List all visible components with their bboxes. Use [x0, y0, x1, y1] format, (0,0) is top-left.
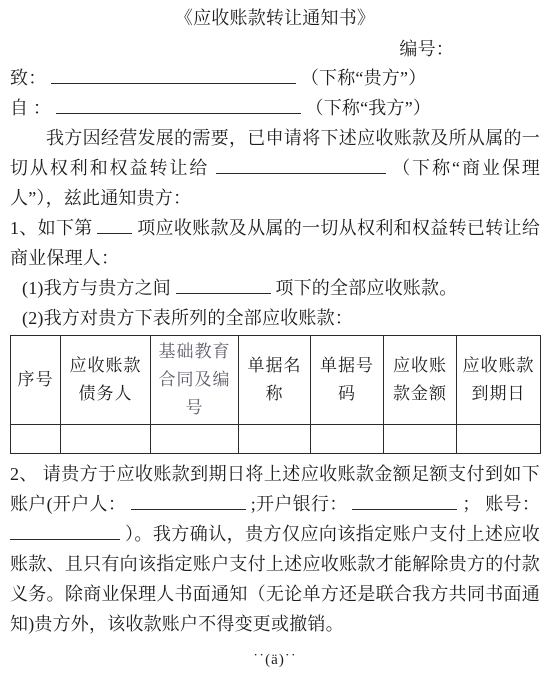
from-suffix: （下称“我方”） — [306, 98, 432, 118]
item2-text-3: ； 账号： — [462, 494, 540, 514]
header-cell-contract: 基础教育合同及编号 — [151, 336, 239, 425]
header-cell-amount: 应收账款金额 — [384, 336, 457, 425]
empty-cell — [457, 425, 541, 454]
account-holder-blank-line — [131, 493, 246, 510]
item1-sub2: (2)我方对贵方下表所列的全部应收账款： — [10, 303, 540, 333]
figure-caption: ˙˙(ä)˙˙ — [10, 651, 540, 669]
item1-sub1: (1)我方与贵方之间 项下的全部应收账款。 — [10, 273, 540, 303]
item2-text-2: ;开户银行： — [251, 494, 348, 514]
item-number-blank-line — [97, 217, 132, 234]
header-cell-seq: 序号 — [11, 336, 61, 425]
header-cell-due-date: 应收账款到期日 — [457, 336, 541, 425]
empty-cell — [239, 425, 311, 454]
sub1-text-before: (1)我方与贵方之间 — [22, 278, 171, 298]
item1-paragraph: 1、如下第 项应收账款及从属的一切从权利和权益转已转让给商业保理人： — [10, 213, 540, 273]
notice-document: 《应收账款转让通知书》 编号： 致： （下称“贵方”） 自 ： （下称“我方”）… — [0, 0, 550, 669]
document-title: 《应收账款转让通知书》 — [10, 5, 540, 31]
empty-cell — [384, 425, 457, 454]
to-line: 致： （下称“贵方”） — [10, 63, 540, 93]
table-empty-row — [11, 425, 541, 454]
empty-cell — [311, 425, 384, 454]
sub2-text: (2)我方对贵方下表所列的全部应收账款： — [22, 308, 353, 328]
header-cell-doc-number: 单据号码 — [311, 336, 384, 425]
to-label: 致： — [10, 68, 46, 88]
table-header-row: 序号 应收账款债务人 基础教育合同及编号 单据名称 单据号码 应收账款金额 应收… — [11, 336, 541, 425]
to-blank-line — [51, 67, 296, 84]
header-cell-doc-name: 单据名称 — [239, 336, 311, 425]
bank-name-blank-line — [352, 493, 457, 510]
sub1-text-after: 项下的全部应收账款。 — [275, 278, 457, 298]
account-number-blank-line — [10, 523, 120, 540]
from-blank-line — [56, 97, 301, 114]
item2-text-4: ）。我方确认，贵方仅应向该指定账户支付上述应收账款、且只有向该指定账户支付上述应… — [10, 524, 540, 634]
assignee-blank-line — [216, 157, 386, 174]
header-cell-debtor: 应收账款债务人 — [61, 336, 151, 425]
document-number-line: 编号： — [10, 35, 540, 63]
empty-cell — [11, 425, 61, 454]
empty-cell — [61, 425, 151, 454]
from-label: 自 ： — [10, 98, 51, 118]
intro-paragraph: 我方因经营发展的需要，已申请将下述应收账款及所从属的一切从权利和权益转让给 （下… — [10, 123, 540, 213]
from-line: 自 ： （下称“我方”） — [10, 93, 540, 123]
receivables-table: 序号 应收账款债务人 基础教育合同及编号 单据名称 单据号码 应收账款金额 应收… — [10, 335, 541, 454]
item2-paragraph: 2、 请贵方于应收账款到期日将上述应收账款金额足额支付到如下账户(开户人： ;开… — [10, 459, 540, 639]
to-suffix: （下称“贵方”） — [301, 68, 427, 88]
item1-text-before: 1、如下第 — [10, 218, 93, 238]
number-label: 编号： — [399, 39, 454, 59]
contract-blank-line — [176, 277, 271, 294]
empty-cell — [151, 425, 239, 454]
